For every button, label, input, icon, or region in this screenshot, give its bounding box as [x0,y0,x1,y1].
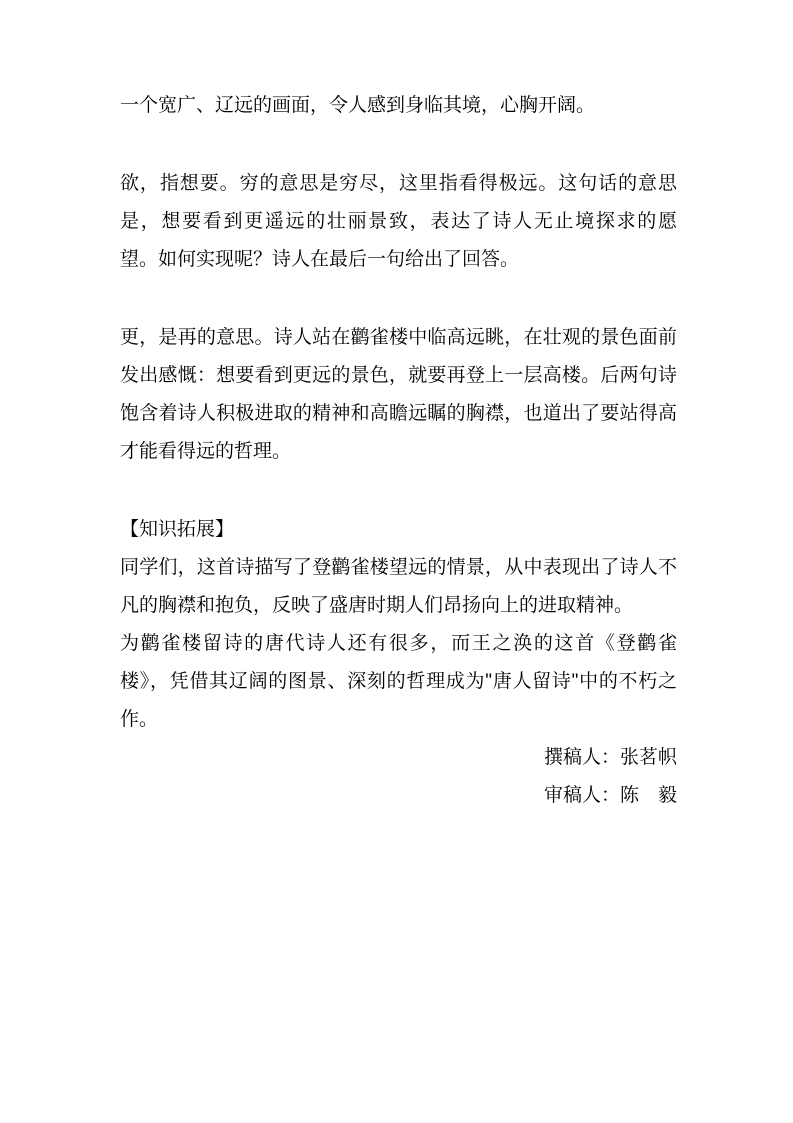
document-content: 一个宽广、辽远的画面，令人感到身临其境，心胸开阔。 欲，指想要。穷的意思是穷尽，… [120,87,677,815]
signature-author: 撰稿人：张茗帜 [120,739,677,777]
signature-reviewer: 审稿人：陈 毅 [120,777,677,815]
paragraph-spacer [120,125,677,165]
text-line: 饱含着诗人积极进取的精神和高瞻远瞩的胸襟，也道出了要站得高 [120,395,677,433]
signature-block: 撰稿人：张茗帜 审稿人：陈 毅 [120,739,677,815]
text-line: 更，是再的意思。诗人站在鹳雀楼中临高远眺，在壮观的景色面前 [120,319,677,357]
paragraph: 一个宽广、辽远的画面，令人感到身临其境，心胸开阔。 [120,87,677,125]
text-line: 作。 [120,701,677,739]
text-line: 凡的胸襟和抱负，反映了盛唐时期人们昂扬向上的进取精神。 [120,587,677,625]
text-line: 才能看得远的哲理。 [120,433,677,471]
paragraph: 为鹳雀楼留诗的唐代诗人还有很多，而王之涣的这首《登鹳雀 楼》，凭借其辽阔的图景、… [120,625,677,739]
text-line: 望。如何实现呢？诗人在最后一句给出了回答。 [120,241,677,279]
text-line: 同学们，这首诗描写了登鹳雀楼望远的情景，从中表现出了诗人不 [120,549,677,587]
section-heading: 【知识拓展】 [120,511,677,549]
paragraph: 同学们，这首诗描写了登鹳雀楼望远的情景，从中表现出了诗人不 凡的胸襟和抱负，反映… [120,549,677,625]
paragraph-spacer [120,279,677,319]
text-line: 楼》，凭借其辽阔的图景、深刻的哲理成为"唐人留诗"中的不朽之 [120,663,677,701]
paragraph: 更，是再的意思。诗人站在鹳雀楼中临高远眺，在壮观的景色面前 发出感慨：想要看到更… [120,319,677,471]
text-line: 是，想要看到更遥远的壮丽景致，表达了诗人无止境探求的愿 [120,203,677,241]
paragraph-spacer [120,471,677,511]
paragraph: 欲，指想要。穷的意思是穷尽，这里指看得极远。这句话的意思 是，想要看到更遥远的壮… [120,165,677,279]
document-page: 一个宽广、辽远的画面，令人感到身临其境，心胸开阔。 欲，指想要。穷的意思是穷尽，… [0,0,793,1123]
text-line: 一个宽广、辽远的画面，令人感到身临其境，心胸开阔。 [120,87,677,125]
text-line: 为鹳雀楼留诗的唐代诗人还有很多，而王之涣的这首《登鹳雀 [120,625,677,663]
text-line: 欲，指想要。穷的意思是穷尽，这里指看得极远。这句话的意思 [120,165,677,203]
text-line: 发出感慨：想要看到更远的景色，就要再登上一层高楼。后两句诗 [120,357,677,395]
